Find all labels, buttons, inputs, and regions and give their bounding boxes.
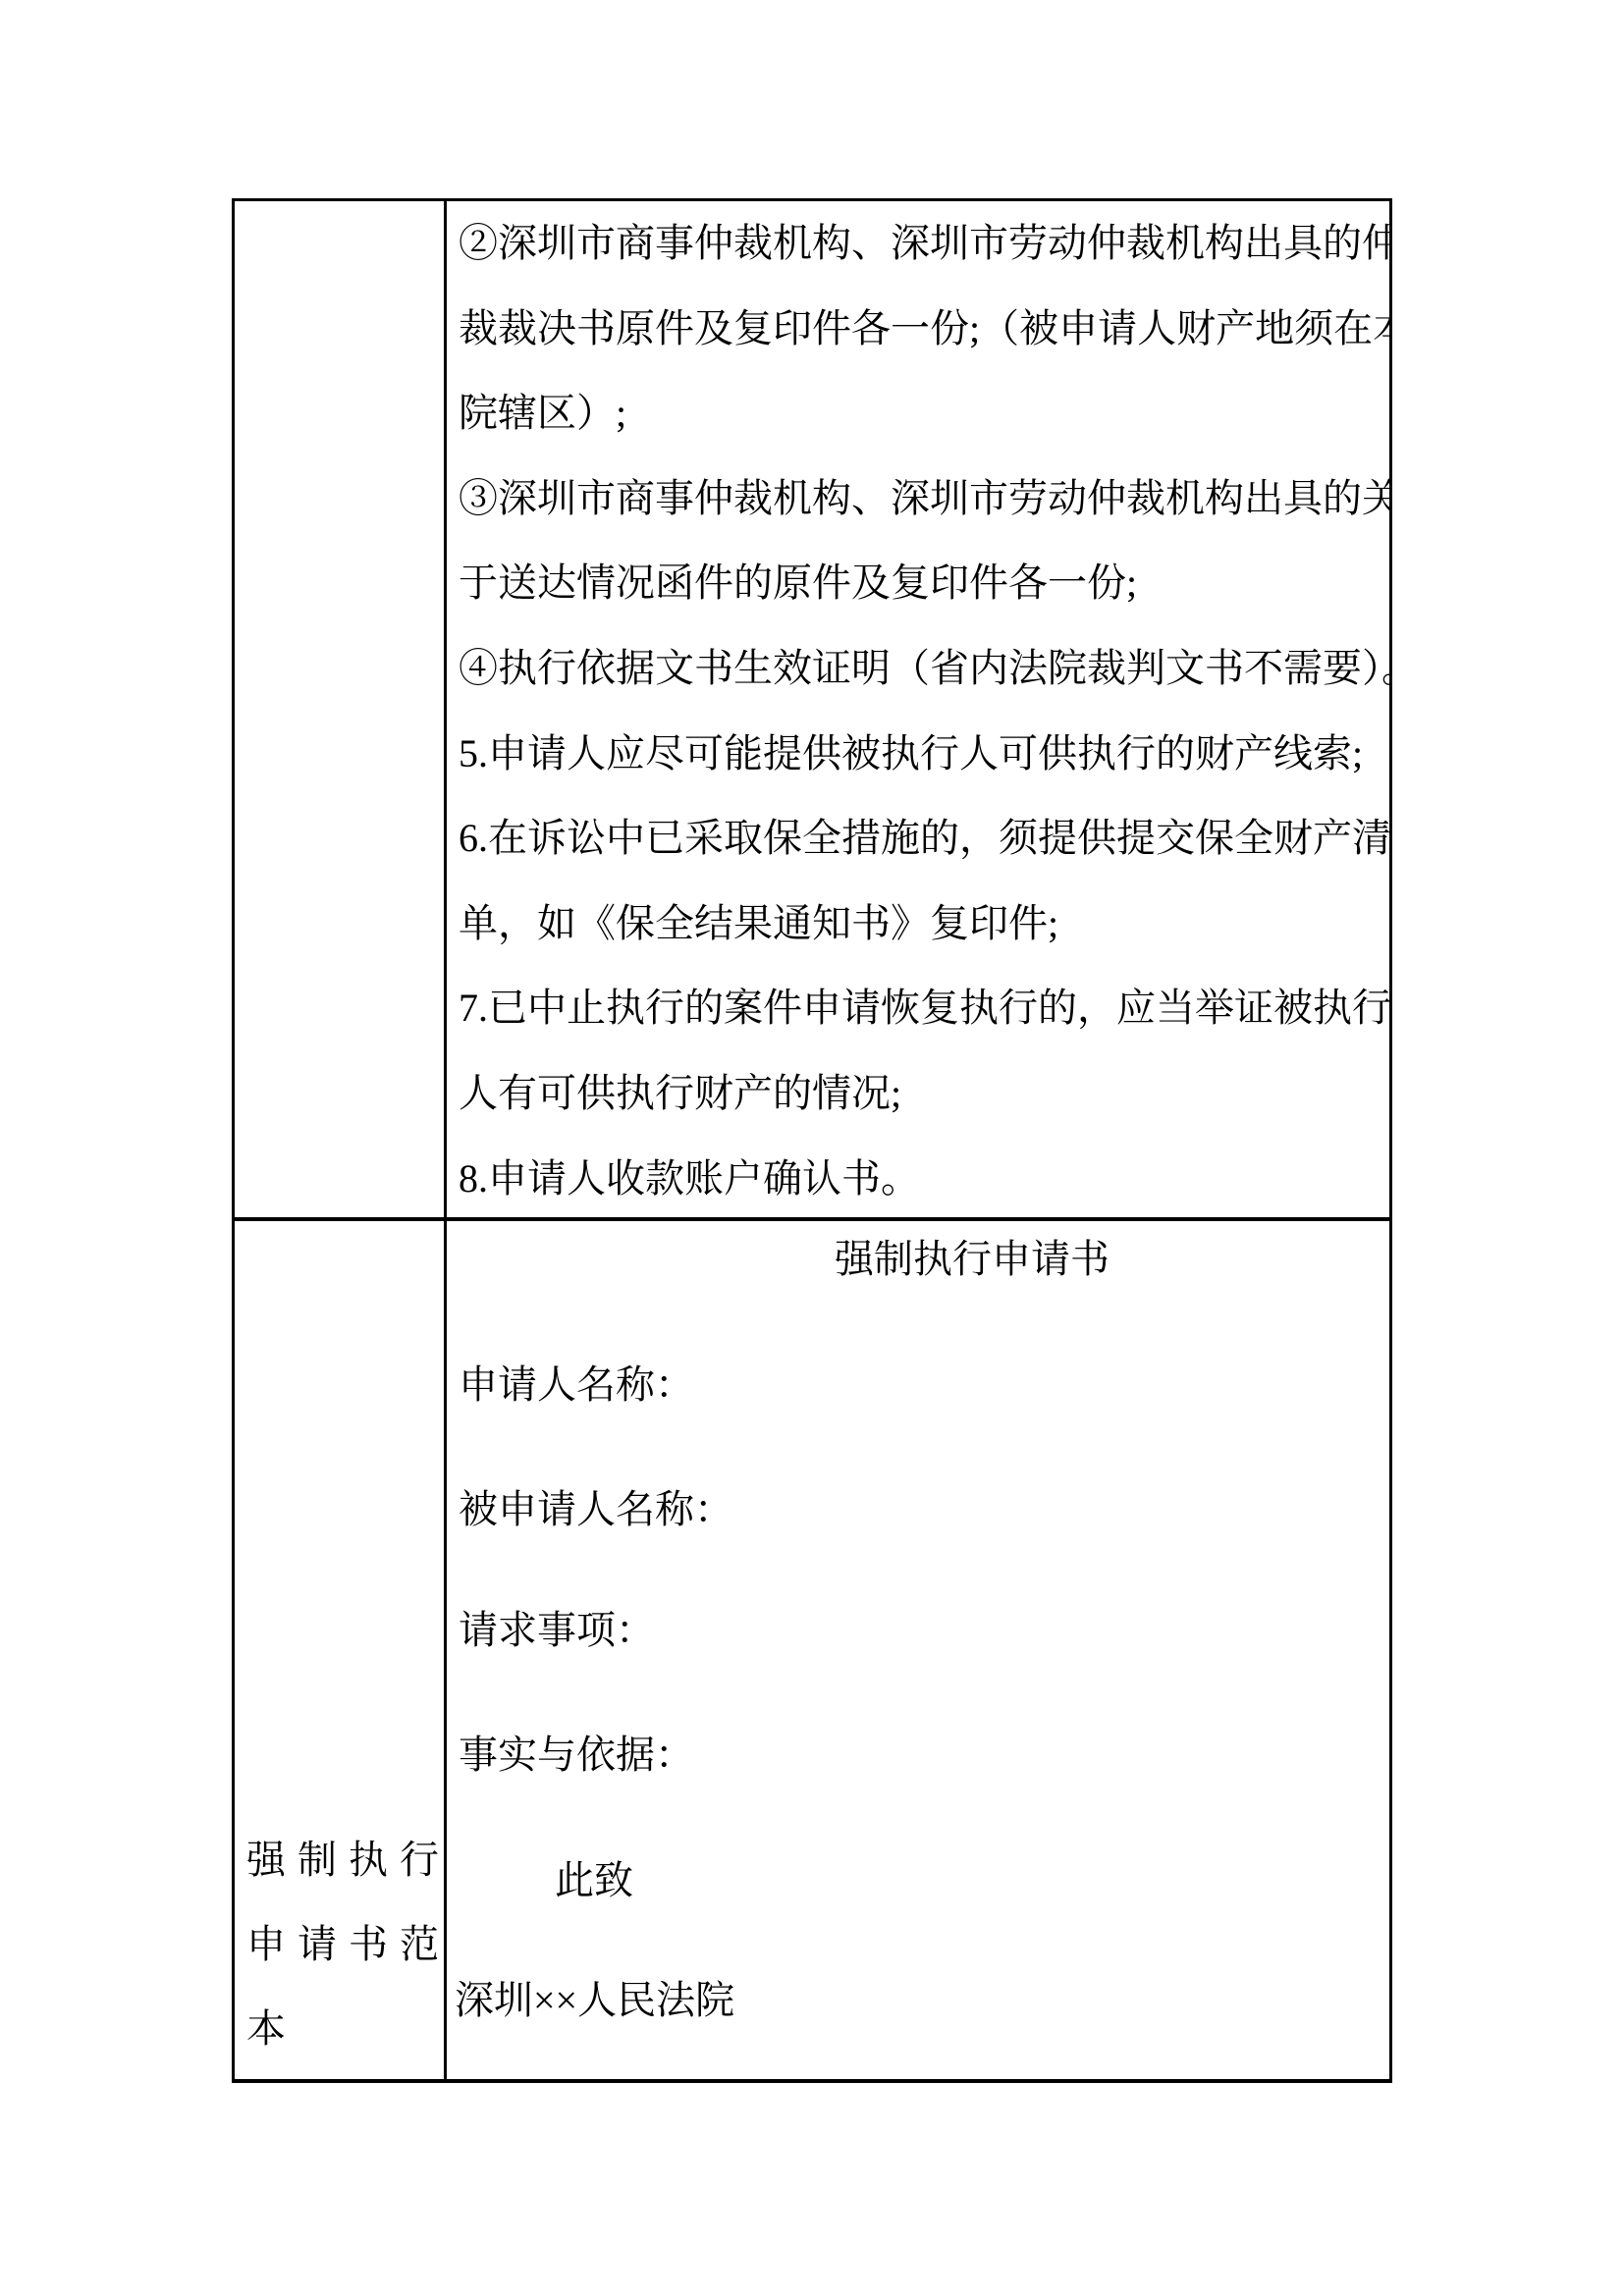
row-label-cell: 强制执行 申请书范 本 <box>235 1221 444 2079</box>
applicant-name-label: 申请人名称： <box>459 1362 694 1409</box>
closing-salutation: 此致 <box>555 1857 633 1904</box>
row-label-line: 本 <box>246 1987 439 2071</box>
requirement-line: 8.申请人收款账户确认书。 <box>459 1137 1376 1217</box>
requirement-line: 于送达情况函件的原件及复印件各一份; <box>459 541 1376 626</box>
facts-basis-label: 事实与依据： <box>459 1732 694 1779</box>
table-border-bottom <box>232 2079 1392 2083</box>
requirement-line: 6.在诉讼中已采取保全措施的，须提供提交保全财产清 <box>459 796 1376 881</box>
requirement-line: 裁裁决书原件及复印件各一份;（被申请人财产地须在本 <box>459 287 1376 372</box>
row-label-line: 申请书范 <box>246 1902 439 1987</box>
claims-label: 请求事项： <box>459 1607 655 1654</box>
requirement-line: ④执行依据文书生效证明（省内法院裁判文书不需要）。 <box>459 626 1376 712</box>
requirements-cell: ②深圳市商事仲裁机构、深圳市劳动仲裁机构出具的仲 裁裁决书原件及复印件各一份;（… <box>447 201 1389 1217</box>
requirement-line: 单，如《保全结果通知书》复印件; <box>459 881 1376 967</box>
form-title: 强制执行申请书 <box>835 1236 1110 1283</box>
requirement-line: 人有可供执行财产的情况; <box>459 1051 1376 1137</box>
row-label: 强制执行 申请书范 本 <box>246 1818 439 2071</box>
respondent-name-label: 被申请人名称： <box>459 1486 733 1533</box>
document-page: { "table": { "row1": { "lines": [ "②深圳市商… <box>0 0 1624 2296</box>
requirement-line: ②深圳市商事仲裁机构、深圳市劳动仲裁机构出具的仲 <box>459 201 1376 287</box>
requirement-line: 5.申请人应尽可能提供被执行人可供执行的财产线索; <box>459 712 1376 797</box>
document-table: ②深圳市商事仲裁机构、深圳市劳动仲裁机构出具的仲 裁裁决书原件及复印件各一份;（… <box>232 198 1392 2083</box>
requirement-line: ③深圳市商事仲裁机构、深圳市劳动仲裁机构出具的关 <box>459 456 1376 542</box>
requirement-line: 院辖区）; <box>459 371 1376 456</box>
row-label-line: 强制执行 <box>246 1818 439 1902</box>
sample-form-cell: 强制执行申请书 申请人名称： 被申请人名称： 请求事项： 事实与依据： 此致 深… <box>447 1221 1389 2079</box>
requirement-line: 7.已中止执行的案件申请恢复执行的，应当举证被执行 <box>459 966 1376 1051</box>
court-name: 深圳××人民法院 <box>455 1977 734 2024</box>
table-border-right <box>1389 198 1392 2083</box>
